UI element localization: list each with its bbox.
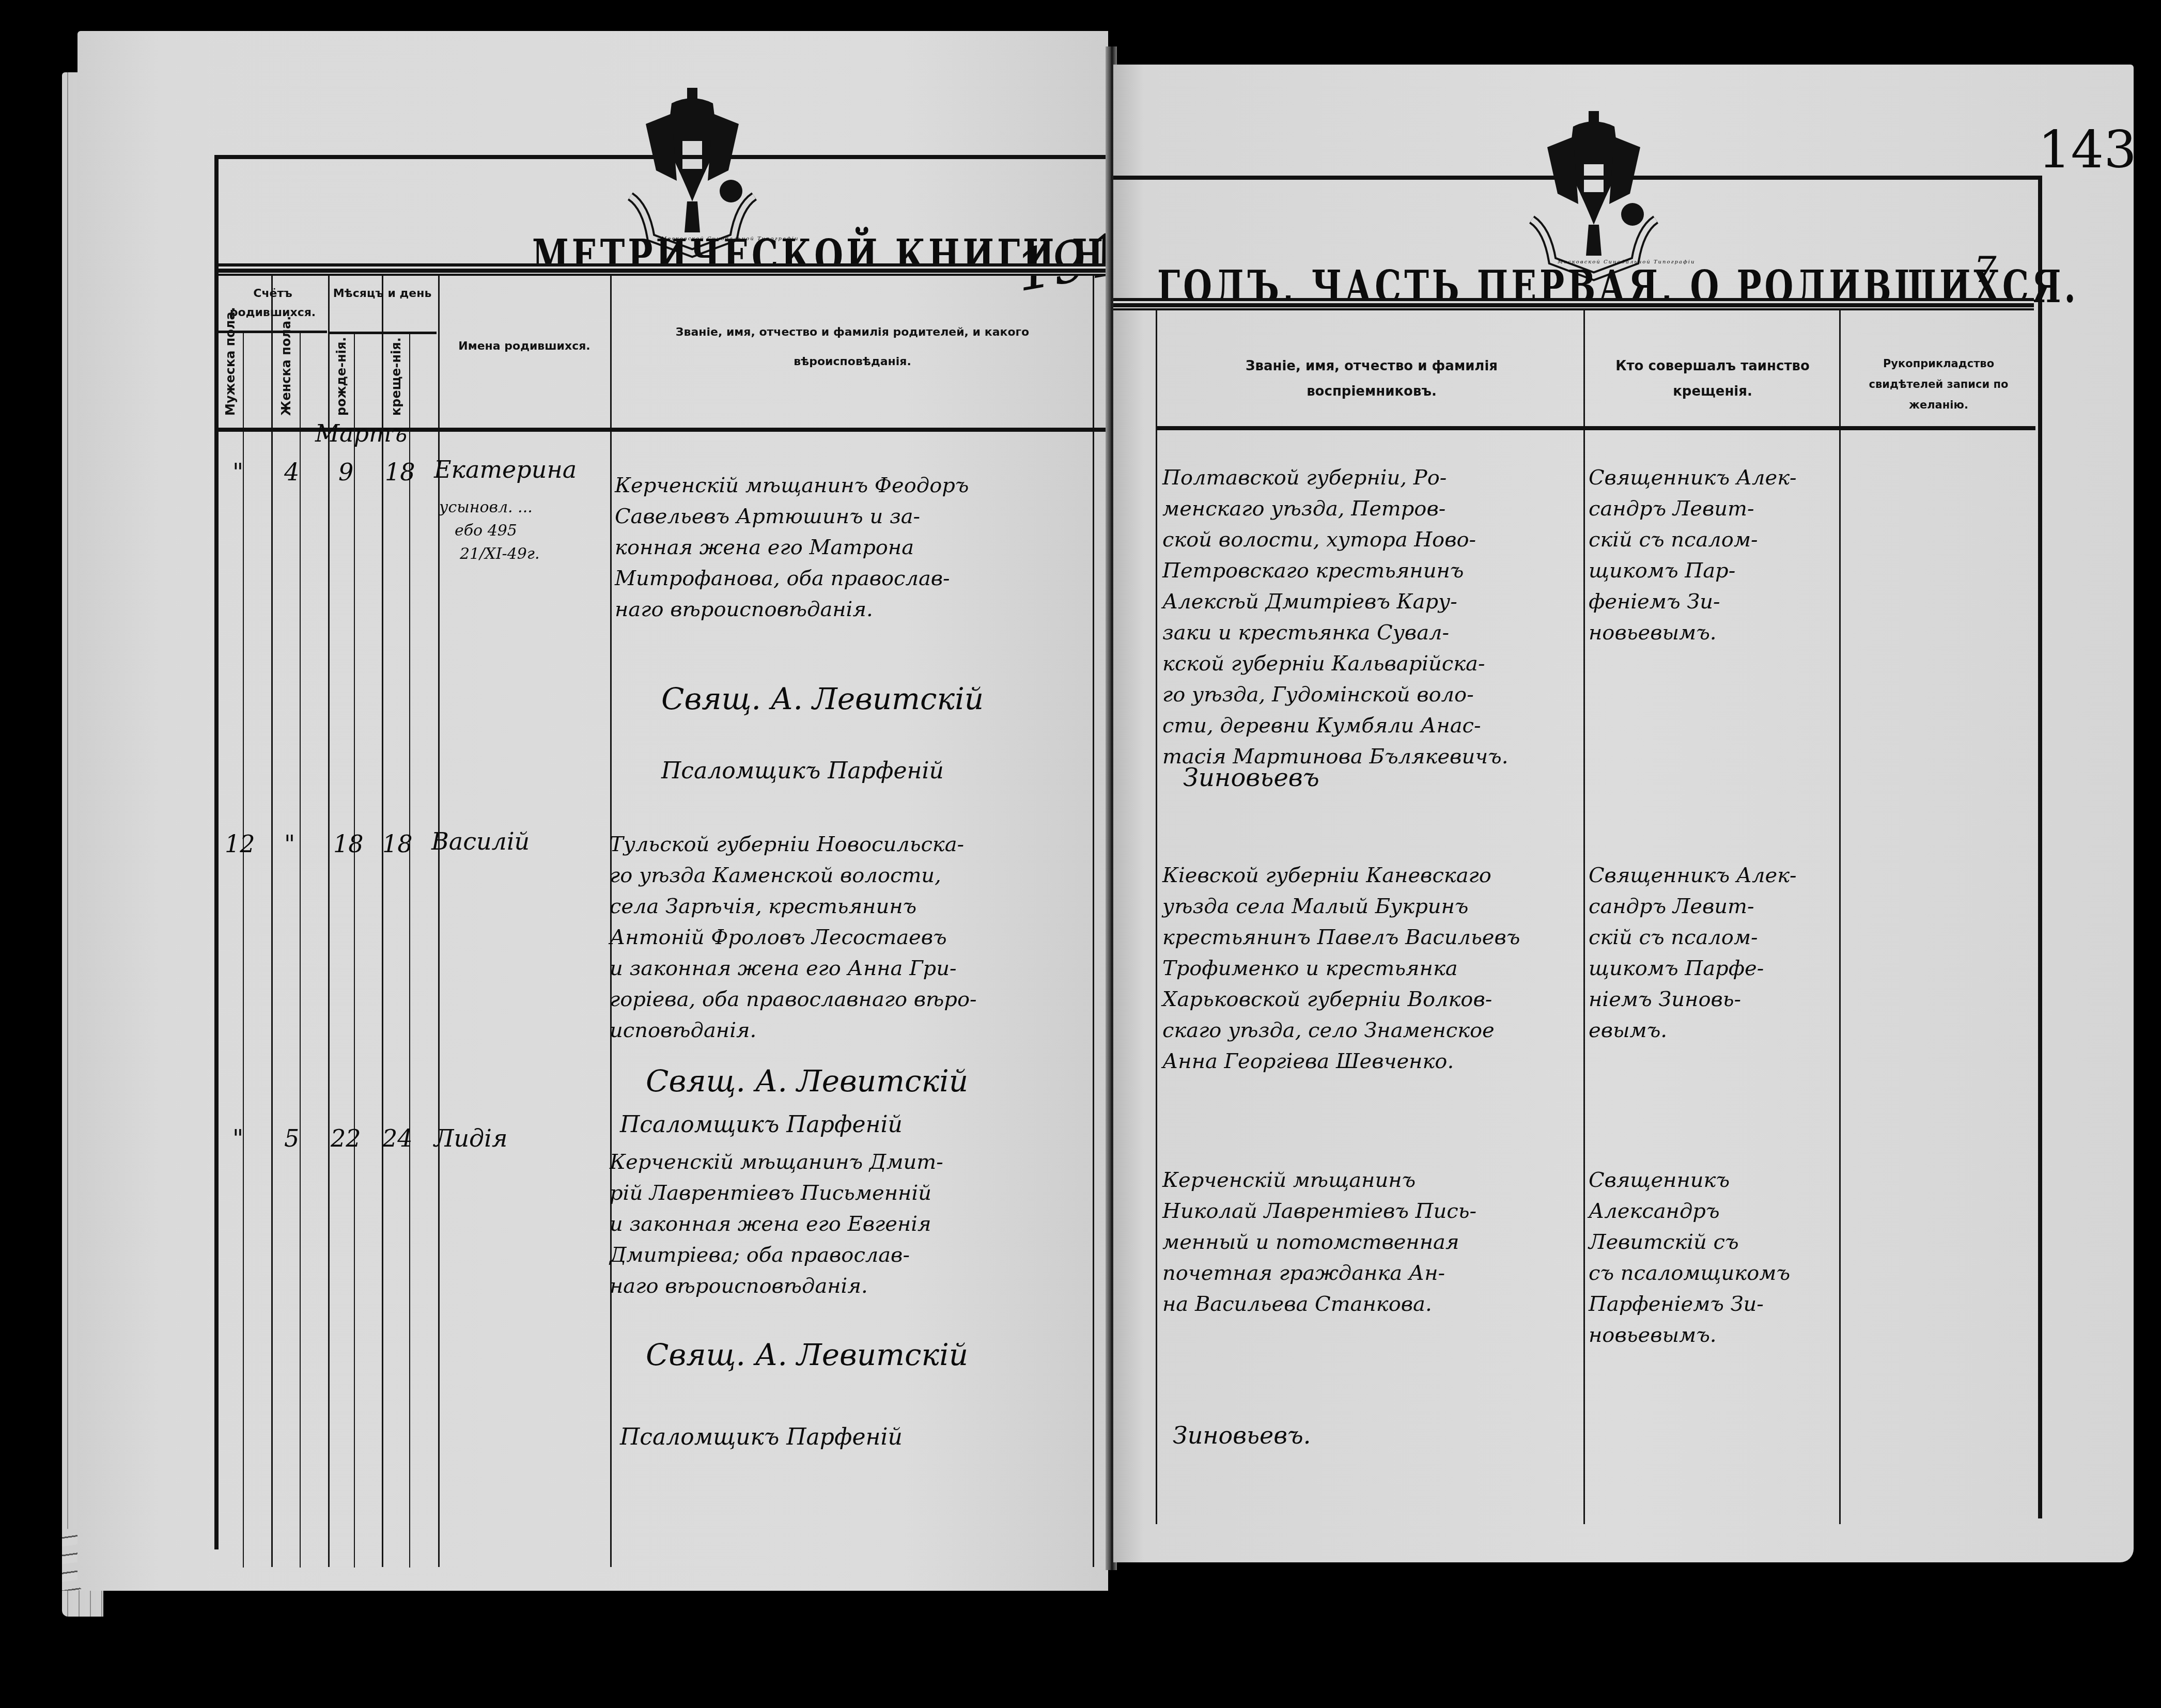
frame-top-rule [1113,176,2038,180]
text-line: Харьковской губерніи Волков- [1162,984,1520,1015]
entry3-godparents: Керченскій мѣщанинъ Николай Лаврентіевъ … [1162,1165,1476,1320]
text-line: Николай Лаврентіевъ Пись- [1162,1196,1476,1227]
col-header-female: Женска пола. [279,316,293,416]
text-line: новьевымъ. [1589,617,1797,648]
text-line: скій съ псалом- [1589,524,1797,555]
text-line: и законная жена его Анна Гри- [610,953,977,984]
col-header-performed-by: Кто совершалъ таинство крещенія. [1591,354,1834,405]
entry2-name: Василій [431,824,530,859]
entry1-born: 9 [338,455,353,490]
right-page: Московской Синодальной Типографіи 143 го… [1113,65,2134,1562]
text-line: Александръ [1589,1196,1790,1227]
entry1-female: 4 [284,455,299,490]
text-line: Левитскій съ [1589,1227,1790,1258]
text-line: горіева, оба православнаго вѣро- [610,984,977,1015]
entry3-psalmist-signature: Псаломщикъ Парфеній [620,1420,903,1454]
text-line: Тульской губерніи Новосильска- [610,829,977,860]
text-line: конная жена его Матрона [615,532,969,563]
entry2-priest-signature: Свящ. А. Левитскій [646,1059,968,1104]
text-line: рій Лаврентіевъ Письменній [610,1178,943,1209]
entry2-performed-by: Священникъ Алек- сандръ Левит- скій съ п… [1589,860,1797,1046]
text-line: наго вѣроисповѣданія. [615,594,969,625]
col-header-month: Мѣсяцъ и день [331,284,434,303]
text-line: евымъ. [1589,1015,1797,1046]
col-line [271,276,273,1567]
margin-note-line: 21/XI-49г. [439,542,540,566]
col-header-witnesses: Рукоприкладство свидѣтелей записи по жел… [1844,354,2033,416]
col-line [328,276,330,1567]
text-line: и законная жена его Евгенія [610,1209,943,1240]
subheader-rule [328,332,437,334]
text-line: наго вѣроисповѣданія. [610,1271,943,1302]
col-header-names: Имена родившихся. [439,336,610,357]
entry1-godparents: Полтавской губерніи, Ро- менскаго уѣзда,… [1162,462,1508,772]
text-line: кской губерніи Кальварійска- [1162,648,1508,679]
title-double-rule [1113,298,2034,310]
entry1-margin-note: усыновл. ... ебо 495 21/XI-49г. [439,496,540,566]
text-line: Керченскій мѣщанинъ [1162,1165,1476,1196]
col-header-male: Мужеска пола. [223,307,238,416]
title-double-rule [219,263,1112,276]
entry1-male: " [232,455,243,490]
text-line: Керченскій мѣщанинъ Дмит- [610,1147,943,1178]
entry3-male: " [232,1121,243,1156]
text-line: менный и потомственная [1162,1227,1476,1258]
entry2-born: 18 [333,826,364,862]
entry1-godparents-signature: Зиновьевъ [1183,759,1319,796]
entry3-female: 5 [284,1121,299,1156]
text-line: заки и крестьянка Сувал- [1162,617,1508,648]
col-line [243,333,244,1568]
text-line: скаго уѣзда, село Знаменское [1162,1015,1520,1046]
frame-right-rule [2038,176,2042,1518]
text-line: на Васильева Станкова. [1162,1289,1476,1320]
text-line: Кіевской губерніи Каневскаго [1162,860,1520,891]
text-line: ніемъ Зиновь- [1589,984,1797,1015]
col-header-godparents: Званіе, имя, отчество и фамилія воспріем… [1180,354,1563,405]
text-line: почетная гражданка Ан- [1162,1258,1476,1289]
text-line: ской волости, хутора Ново- [1162,524,1508,555]
text-line: фенiемъ Зи- [1589,586,1797,617]
text-line: Священникъ [1589,1165,1790,1196]
text-line: Священникъ Алек- [1589,462,1797,493]
col-line [382,276,383,1567]
text-line: сандръ Левит- [1589,493,1797,524]
text-line: Анна Георгіева Шевченко. [1162,1046,1520,1077]
entry2-baptized: 18 [382,826,413,862]
text-line: Полтавской губерніи, Ро- [1162,462,1508,493]
col-line [300,333,301,1568]
text-line: го уѣзда Каменской волости, [610,860,977,891]
entry1-parents: Керченскій мѣщанинъ Феодоръ Савельевъ Ар… [615,470,969,625]
entry2-parents: Тульской губерніи Новосильска- го уѣзда … [610,829,977,1046]
text-line: сандръ Левит- [1589,891,1797,922]
entry3-performed-by: Священникъ Александръ Левитскій съ съ пс… [1589,1165,1790,1351]
entry3-godparents-signature: Зиновьевъ. [1173,1418,1311,1453]
entry2-male: 12 [225,826,255,862]
text-line: Керченскій мѣщанинъ Феодоръ [615,470,969,501]
entry1-month: Мартъ [315,416,407,451]
frame-left-rule [214,155,219,1549]
entry1-performed-by: Священникъ Алек- сандръ Левит- скій съ п… [1589,462,1797,648]
entry3-parents: Керченскій мѣщанинъ Дмит- рій Лаврентіев… [610,1147,943,1302]
text-line: го уѣзда, Гудомінской воло- [1162,679,1508,710]
entry1-psalmist-signature: Псаломщикъ Парфеній [661,754,944,788]
frame-top-rule [214,155,1113,159]
entry1-name: Екатерина [434,452,577,488]
entry2-female: " [284,826,295,862]
col-line [1583,310,1585,1524]
text-line: исповѣданія. [610,1015,977,1046]
entry2-psalmist-signature: Псаломщикъ Парфеній [620,1108,903,1142]
entry3-priest-signature: Свящ. А. Левитскій [646,1333,968,1377]
text-line: щикомъ Парфе- [1589,953,1797,984]
text-line: Алексѣй Дмитріевъ Кару- [1162,586,1508,617]
entry1-baptized: 18 [385,455,415,490]
text-line: скій съ псалом- [1589,922,1797,953]
folio-number: 143 [2038,111,2137,189]
page-number: 7 [1973,243,1997,297]
header-bottom-rule [1157,426,2035,430]
text-line: Священникъ Алек- [1589,860,1797,891]
left-page: Московской Синодальной Типографіи Метрич… [77,31,1108,1591]
text-line: менскаго уѣзда, Петров- [1162,493,1508,524]
imperial-eagle-crest-icon [1516,106,1671,281]
col-line [409,333,410,1568]
text-line: Трофименко и крестьянка [1162,953,1520,984]
col-line [1156,310,1157,1524]
col-line [1093,276,1094,1567]
text-line: Антоній Фроловъ Лесостаевъ [610,922,977,953]
col-header-baptized: креще-нія. [389,337,403,416]
text-line: крестьянинъ Павелъ Васильевъ [1162,922,1520,953]
text-line: новьевымъ. [1589,1320,1790,1351]
entry1-priest-signature: Свящ. А. Левитскій [661,677,984,722]
entry3-name: Лидія [434,1121,507,1156]
text-line: Савельевъ Артюшинъ и за- [615,501,969,532]
col-header-born: рожде-нія. [334,337,349,416]
text-line: уѣзда села Малый Букринъ [1162,891,1520,922]
entry3-baptized: 24 [382,1121,413,1156]
text-line: Парфеніемъ Зи- [1589,1289,1790,1320]
col-line [354,333,355,1568]
margin-note-line: усыновл. ... [439,496,540,519]
text-line: щикомъ Пар- [1589,555,1797,586]
entry2-godparents: Кіевской губерніи Каневскаго уѣзда села … [1162,860,1520,1077]
entry3-born: 22 [331,1121,361,1156]
text-line: Митрофанова, оба православ- [615,563,969,594]
text-line: села Зарѣчія, крестьянинъ [610,891,977,922]
text-line: Дмитріева; оба православ- [610,1240,943,1271]
text-line: сти, деревни Кумбяли Анас- [1162,710,1508,741]
text-line: съ псаломщикомъ [1589,1258,1790,1289]
margin-note-line: ебо 495 [439,519,540,542]
col-header-parents: Званіе, имя, отчество и фамилія родителе… [617,318,1087,377]
text-line: Петровскаго крестьянинъ [1162,555,1508,586]
col-line [1839,310,1841,1524]
